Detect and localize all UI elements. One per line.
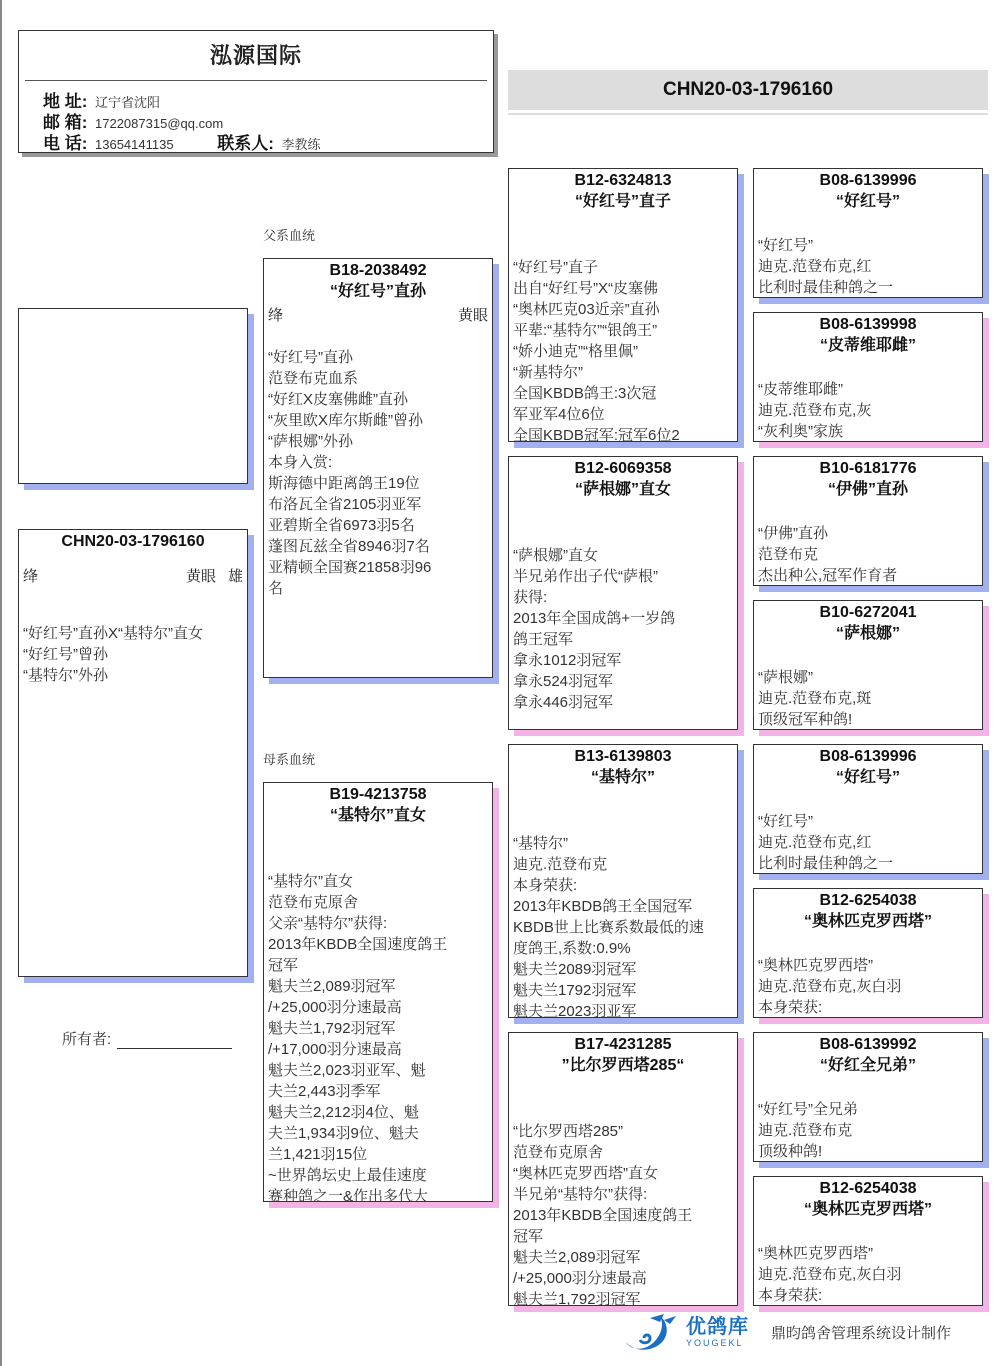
ggp-card-3: B10-6181776 “伊佛”直孙 “伊佛”直孙 范登布克 杰出种公,冠军作育… — [753, 456, 983, 586]
card-notes: “好红号” 迪克.范登布克,红 比利时最佳种鸽之一 — [754, 235, 982, 298]
footer: 优鸽库 YOUGEKL 鼎昀鸽舍管理系统设计制作 — [620, 1312, 951, 1352]
granddam-paternal-card: B12-6069358 “萨根娜”直女 “萨根娜”直女 半兄弟作出子代“萨根” … — [508, 456, 738, 730]
card-notes: “比尔罗西塔285” 范登布克原舍 “奥林匹克罗西塔”直女 半兄弟“基特尔”获得… — [509, 1121, 737, 1306]
note-line: “灰利奥”家族 — [758, 421, 978, 442]
note-line: 迪克.范登布克,红 — [758, 256, 978, 277]
note-line: 拿永524羽冠军 — [513, 671, 733, 692]
note-line: 获得: — [513, 587, 733, 608]
sire-ring: B18-2038492 — [264, 261, 492, 281]
note-line: 本身荣获: — [758, 1285, 978, 1306]
card-ring: B13-6139803 — [509, 747, 737, 767]
note-line: “好红号” — [758, 811, 978, 832]
note-line: “萨根娜”外孙 — [268, 431, 488, 452]
sire-name: “好红号”直孙 — [264, 281, 492, 303]
note-line: 魁夫兰1,792羽冠军 — [268, 1018, 488, 1039]
note-line: “好红X皮塞佛雌”直孙 — [268, 389, 488, 410]
card-ring: B10-6272041 — [754, 603, 982, 623]
footer-credit: 鼎昀鸽舍管理系统设计制作 — [771, 1322, 951, 1343]
card-ring: B17-4231285 — [509, 1035, 737, 1055]
grandsire-maternal-card: B13-6139803 “基特尔” “基特尔” 迪克.范登布克 本身荣获: 20… — [508, 744, 738, 1018]
note-line: 范登布克原舍 — [513, 1142, 733, 1163]
note-line: “萨根娜”直女 — [513, 545, 733, 566]
note-line: “好红号”直孙 — [268, 347, 488, 368]
note-line: 蓬图瓦兹全省8946羽7名 — [268, 536, 488, 557]
note-line: “皮蒂维耶雌” — [758, 379, 978, 400]
dam-line-label: 母系血统 — [263, 749, 315, 768]
owner-field: 所有者: — [62, 1028, 232, 1049]
card-notes: “萨根娜” 迪克.范登布克,斑 顶级冠军种鸽! — [754, 667, 982, 730]
note-line: 范登布克血系 — [268, 368, 488, 389]
note-line: 魁夫兰2089羽冠军 — [513, 959, 733, 980]
brand-name: 优鸽库 — [686, 1316, 749, 1338]
ggp-card-7: B08-6139992 “好红全兄弟” “好红号”全兄弟 迪克.范登布克 顶级种… — [753, 1032, 983, 1162]
ggp-card-5: B08-6139996 “好红号” “好红号” 迪克.范登布克,红 比利时最佳种… — [753, 744, 983, 874]
note-line: “新基特尔” — [513, 362, 733, 383]
note-line: 顶级种鸽! — [758, 1141, 978, 1162]
note-line: 魁夫兰2,212羽4位、魁 — [268, 1102, 488, 1123]
header-divider — [25, 80, 487, 81]
card-notes: “奥林匹克罗西塔” 迪克.范登布克,灰白羽 本身荣获: — [754, 1243, 982, 1306]
note-line: /+25,000羽分速最高 — [513, 1268, 733, 1289]
note-line: “好红号”直子 — [513, 257, 733, 278]
note-line: 魁夫兰2,089羽冠军 — [268, 976, 488, 997]
card-name: “奥林匹克罗西塔” — [754, 1199, 982, 1221]
note-line: 2013年KBDB鸽王全国冠军 — [513, 896, 733, 917]
note-line: 杰出种公,冠军作育者 — [758, 565, 978, 586]
note-line: 魁夫兰1792羽冠军 — [513, 980, 733, 1001]
card-ring: B08-6139996 — [754, 171, 982, 191]
banner-divider — [508, 113, 988, 115]
note-line: 本身入赏: — [268, 452, 488, 473]
card-ring: B12-6324813 — [509, 171, 737, 191]
wave-logo-icon — [620, 1312, 684, 1352]
subject-color: 绛 — [23, 566, 38, 587]
note-line: 布洛瓦全省2105羽亚军 — [268, 494, 488, 515]
sire-attrs: 绛 黄眼 — [264, 305, 492, 326]
phone-row: 电 话: 13654141135 联系人: 李教练 — [43, 129, 321, 154]
note-line: 半兄弟“基特尔”获得: — [513, 1184, 733, 1205]
card-name: ”比尔罗西塔285“ — [509, 1055, 737, 1077]
brand-name-en: YOUGEKL — [686, 1338, 749, 1348]
note-line: 出自“好红号”X“皮塞佛 — [513, 278, 733, 299]
note-line: 全国KBDB冠军:冠军6位2 — [513, 425, 733, 442]
note-line: “比尔罗西塔285” — [513, 1121, 733, 1142]
note-line: “奥林匹克03近亲”直孙 — [513, 299, 733, 320]
note-line: 迪克.范登布克,灰 — [758, 400, 978, 421]
brand-logo: 优鸽库 YOUGEKL — [686, 1316, 749, 1348]
card-ring: B12-6254038 — [754, 891, 982, 911]
note-line: 亚碧斯全省6973羽5名 — [268, 515, 488, 536]
note-line: 魁夫兰2023羽亚军 — [513, 1001, 733, 1018]
ggp-card-2: B08-6139998 “皮蒂维耶雌” “皮蒂维耶雌” 迪克.范登布克,灰 “灰… — [753, 312, 983, 442]
note-line: 夫兰1,934羽9位、魁夫 — [268, 1123, 488, 1144]
page-edge — [0, 0, 2, 1366]
note-line: 拿永446羽冠军 — [513, 692, 733, 713]
phone-label: 电 话: — [43, 134, 87, 153]
pigeon-photo — [18, 308, 248, 484]
card-notes: “皮蒂维耶雌” 迪克.范登布克,灰 “灰利奥”家族 — [754, 379, 982, 442]
ggp-card-6: B12-6254038 “奥林匹克罗西塔” “奥林匹克罗西塔” 迪克.范登布克,… — [753, 888, 983, 1018]
dam-card: B19-4213758 “基特尔”直女 “基特尔”直女 范登布克原舍 父亲“基特… — [263, 782, 493, 1202]
card-name: “好红全兄弟” — [754, 1055, 982, 1077]
subject-ring: CHN20-03-1796160 — [19, 532, 247, 552]
note-line: 2013年KBDB全国速度鸽王 — [268, 934, 488, 955]
sire-card: B18-2038492 “好红号”直孙 绛 黄眼 “好红号”直孙 范登布克血系 … — [263, 258, 493, 678]
subject-sex: 雄 — [228, 566, 243, 587]
note-line: “萨根娜” — [758, 667, 978, 688]
card-notes: “伊佛”直孙 范登布克 杰出种公,冠军作育者 — [754, 523, 982, 586]
card-notes: “好红号” 迪克.范登布克,红 比利时最佳种鸽之一 — [754, 811, 982, 874]
note-line: 迪克.范登布克,灰白羽 — [758, 1264, 978, 1285]
note-line: 范登布克原舍 — [268, 892, 488, 913]
note-line: “奥林匹克罗西塔”直女 — [513, 1163, 733, 1184]
note-line: /+17,000羽分速最高 — [268, 1039, 488, 1060]
subject-notes: “好红号”直孙X“基特尔”直女 “好红号”曾孙 “基特尔”外孙 — [19, 623, 247, 686]
note-line: 半兄弟作出子代“萨根” — [513, 566, 733, 587]
owner-blank — [117, 1034, 232, 1049]
sire-color: 绛 — [268, 305, 283, 326]
ring-banner: CHN20-03-1796160 — [508, 70, 988, 110]
note-line: 全国KBDB鸽王:3次冠 — [513, 383, 733, 404]
dam-ring: B19-4213758 — [264, 785, 492, 805]
card-name: “萨根娜” — [754, 623, 982, 645]
note-line: 范登布克 — [758, 544, 978, 565]
note-line: KBDB世上比赛系数最低的速 — [513, 917, 733, 938]
note-line: 赛种鸽之一&作出多代大 — [268, 1186, 488, 1202]
subject-eye: 黄眼 — [186, 566, 216, 587]
sire-eye: 黄眼 — [458, 305, 488, 326]
note-line: “灰里欧X库尔斯雌”曾孙 — [268, 410, 488, 431]
note-line: 魁夫兰2,023羽亚军、魁 — [268, 1060, 488, 1081]
card-name: “基特尔” — [509, 767, 737, 789]
note-line: 迪克.范登布克,灰白羽 — [758, 976, 978, 997]
ggp-card-8: B12-6254038 “奥林匹克罗西塔” “奥林匹克罗西塔” 迪克.范登布克,… — [753, 1176, 983, 1306]
note-line: “好红号” — [758, 235, 978, 256]
note-line: 迪克.范登布克,斑 — [758, 688, 978, 709]
note-line: “基特尔”直女 — [268, 871, 488, 892]
note-line: 2013年全国成鸽+一岁鸽 — [513, 608, 733, 629]
card-name: “奥林匹克罗西塔” — [754, 911, 982, 933]
note-line: 比利时最佳种鸽之一 — [758, 853, 978, 874]
card-name: “好红号” — [754, 191, 982, 213]
note-line: 夫兰2,443羽季军 — [268, 1081, 488, 1102]
note-line: “好红号”曾孙 — [23, 644, 243, 665]
ggp-card-4: B10-6272041 “萨根娜” “萨根娜” 迪克.范登布克,斑 顶级冠军种鸽… — [753, 600, 983, 730]
note-line: 魁夫兰1,792羽冠军 — [513, 1289, 733, 1306]
note-line: 顶级冠军种鸽! — [758, 709, 978, 730]
card-notes: “萨根娜”直女 半兄弟作出子代“萨根” 获得: 2013年全国成鸽+一岁鸽 鸽王… — [509, 545, 737, 713]
grandsire-paternal-card: B12-6324813 “好红号”直子 “好红号”直子 出自“好红号”X“皮塞佛… — [508, 168, 738, 442]
card-ring: B08-6139998 — [754, 315, 982, 335]
ggp-card-1: B08-6139996 “好红号” “好红号” 迪克.范登布克,红 比利时最佳种… — [753, 168, 983, 298]
card-name: “好红号”直子 — [509, 191, 737, 213]
loft-header: 泓源国际 地 址: 辽宁省沈阳 邮 箱: 1722087315@qq.com 电… — [18, 30, 494, 153]
card-notes: “奥林匹克罗西塔” 迪克.范登布克,灰白羽 本身荣获: — [754, 955, 982, 1018]
note-line: “基特尔” — [513, 833, 733, 854]
card-ring: B12-6069358 — [509, 459, 737, 479]
note-line: 冠军 — [268, 955, 488, 976]
note-line: 平辈:“基特尔”“银鸽王” — [513, 320, 733, 341]
loft-name: 泓源国际 — [19, 39, 493, 70]
note-line: 鸽王冠军 — [513, 629, 733, 650]
note-line: 亚精顿全国赛21858羽96 — [268, 557, 488, 578]
subject-attrs: 绛 黄眼 雄 — [19, 566, 247, 587]
contact-label: 联系人: — [217, 134, 274, 153]
note-line: 本身荣获: — [513, 875, 733, 896]
note-line: 本身荣获: — [758, 997, 978, 1018]
note-line: “娇小迪克”“格里佩” — [513, 341, 733, 362]
note-line: 迪克.范登布克 — [513, 854, 733, 875]
note-line: 迪克.范登布克,红 — [758, 832, 978, 853]
dam-notes: “基特尔”直女 范登布克原舍 父亲“基特尔”获得: 2013年KBDB全国速度鸽… — [264, 871, 492, 1202]
phone-value: 13654141135 — [95, 137, 174, 152]
owner-label: 所有者: — [62, 1031, 111, 1048]
note-line: 2013年KBDB全国速度鸽王 — [513, 1205, 733, 1226]
card-name: “伊佛”直孙 — [754, 479, 982, 501]
note-line: “基特尔”外孙 — [23, 665, 243, 686]
note-line: 度鸽王,系数:0.9% — [513, 938, 733, 959]
card-notes: “好红号”直子 出自“好红号”X“皮塞佛 “奥林匹克03近亲”直孙 平辈:“基特… — [509, 257, 737, 442]
note-line: 比利时最佳种鸽之一 — [758, 277, 978, 298]
card-notes: “好红号”全兄弟 迪克.范登布克 顶级种鸽! — [754, 1099, 982, 1162]
card-ring: B10-6181776 — [754, 459, 982, 479]
note-line: 拿永1012羽冠军 — [513, 650, 733, 671]
note-line: ~世界鸽坛史上最佳速度 — [268, 1165, 488, 1186]
note-line: 兰1,421羽15位 — [268, 1144, 488, 1165]
note-line: “伊佛”直孙 — [758, 523, 978, 544]
card-ring: B12-6254038 — [754, 1179, 982, 1199]
note-line: /+25,000羽分速最高 — [268, 997, 488, 1018]
note-line: “好红号”全兄弟 — [758, 1099, 978, 1120]
card-ring: B08-6139992 — [754, 1035, 982, 1055]
sire-notes: “好红号”直孙 范登布克血系 “好红X皮塞佛雌”直孙 “灰里欧X库尔斯雌”曾孙 … — [264, 347, 492, 599]
note-line: “好红号”直孙X“基特尔”直女 — [23, 623, 243, 644]
note-line: 斯海德中距离鸽王19位 — [268, 473, 488, 494]
note-line: 军亚军4位6位 — [513, 404, 733, 425]
card-name: “皮蒂维耶雌” — [754, 335, 982, 357]
note-line: 名 — [268, 578, 488, 599]
card-notes: “基特尔” 迪克.范登布克 本身荣获: 2013年KBDB鸽王全国冠军 KBDB… — [509, 833, 737, 1018]
note-line: 冠军 — [513, 1226, 733, 1247]
note-line: “奥林匹克罗西塔” — [758, 1243, 978, 1264]
note-line: 魁夫兰2,089羽冠军 — [513, 1247, 733, 1268]
card-name: “萨根娜”直女 — [509, 479, 737, 501]
dam-name: “基特尔”直女 — [264, 805, 492, 827]
contact-value: 李教练 — [282, 137, 321, 152]
note-line: 父亲“基特尔”获得: — [268, 913, 488, 934]
note-line: “奥林匹克罗西塔” — [758, 955, 978, 976]
granddam-maternal-card: B17-4231285 ”比尔罗西塔285“ “比尔罗西塔285” 范登布克原舍… — [508, 1032, 738, 1306]
note-line: 迪克.范登布克 — [758, 1120, 978, 1141]
card-ring: B08-6139996 — [754, 747, 982, 767]
subject-card: CHN20-03-1796160 绛 黄眼 雄 “好红号”直孙X“基特尔”直女 … — [18, 529, 248, 977]
card-name: “好红号” — [754, 767, 982, 789]
sire-line-label: 父系血统 — [263, 225, 315, 244]
